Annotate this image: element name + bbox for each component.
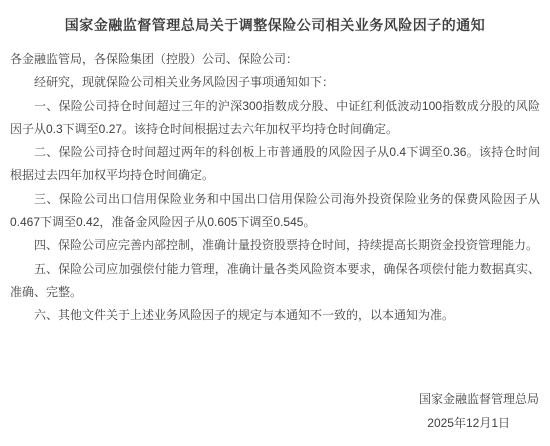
intro-line: 经研究，现就保险公司相关业务风险因子事项通知如下： — [10, 71, 540, 94]
notice-paragraph-1: 一、保险公司持仓时间超过三年的沪深300指数成分股、中证红利低波动100指数成分… — [10, 95, 540, 142]
notice-paragraph-3: 三、保险公司出口信用保险业务和中国出口信用保险公司海外投资保险业务的保费风险因子… — [10, 188, 540, 235]
notice-paragraph-6: 六、其他文件关于上述业务风险因子的规定与本通知不一致的，以本通知为准。 — [10, 304, 540, 327]
notice-paragraph-4: 四、保险公司应完善内部控制，准确计量投资股票持仓时间，持续提高长期资金投资管理能… — [10, 234, 540, 257]
salutation-line: 各金融监管局，各保险集团（控股）公司、保险公司： — [10, 48, 540, 71]
document-title: 国家金融监督管理总局关于调整保险公司相关业务风险因子的通知 — [10, 16, 540, 34]
notice-paragraph-5: 五、保险公司应加强偿付能力管理，准确计量各类风险资本要求，确保各项偿付能力数据真… — [10, 258, 540, 305]
issue-date: 2025年12月1日 — [10, 411, 540, 435]
signature-block: 国家金融监督管理总局 2025年12月1日 — [10, 387, 540, 435]
document-body: 各金融监管局，各保险集团（控股）公司、保险公司： 经研究，现就保险公司相关业务风… — [10, 48, 540, 328]
notice-document-page: 国家金融监督管理总局关于调整保险公司相关业务风险因子的通知 各金融监管局，各保险… — [0, 0, 550, 446]
issuing-agency: 国家金融监督管理总局 — [10, 387, 540, 411]
notice-paragraph-2: 二、保险公司持仓时间超过两年的科创板上市普通股的风险因子从0.4下调至0.36。… — [10, 141, 540, 188]
